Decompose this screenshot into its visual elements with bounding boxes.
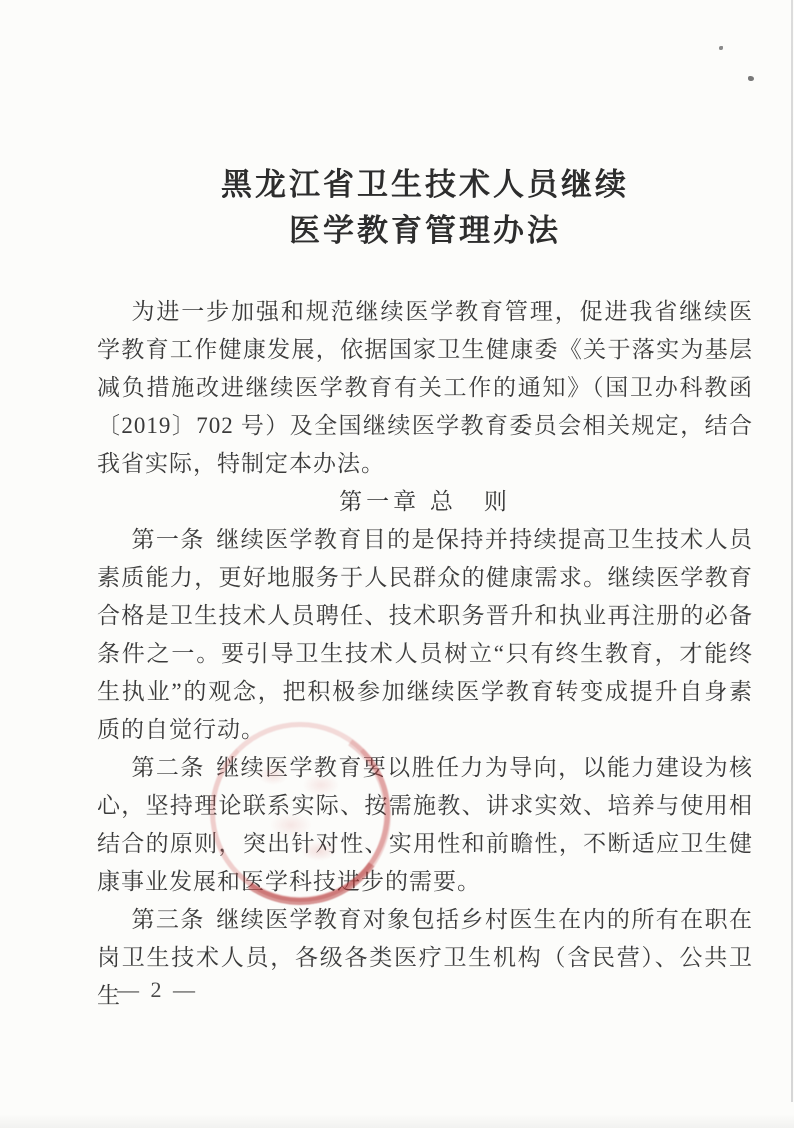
page-number: — 2 — (117, 977, 198, 1003)
article-2-label: 第二条 (132, 755, 205, 780)
article-1-text: 继续医学教育目的是保持并持续提高卫生技术人员素质能力，更好地服务于人民群众的健康… (97, 527, 753, 742)
article-2-paragraph: 第二条继续医学教育要以胜任力为导向，以能力建设为核心，坚持理论联系实际、按需施教… (97, 749, 753, 901)
article-3-label: 第三条 (132, 907, 205, 932)
document-title-line2: 医学教育管理办法 (97, 208, 753, 254)
scan-speck (719, 46, 723, 50)
chapter-heading: 第一章 总 则 (97, 483, 753, 521)
document-title: 黑龙江省卫生技术人员继续 医学教育管理办法 (97, 162, 753, 254)
scan-bottom-shadow (0, 1114, 794, 1128)
article-1-label: 第一条 (132, 527, 205, 552)
article-1-paragraph: 第一条继续医学教育目的是保持并持续提高卫生技术人员素质能力，更好地服务于人民群众… (97, 521, 753, 749)
scan-edge-line (791, 0, 793, 1102)
intro-paragraph: 为进一步加强和规范继续医学教育管理，促进我省继续医学教育工作健康发展，依据国家卫… (97, 293, 753, 483)
document-body: 为进一步加强和规范继续医学教育管理，促进我省继续医学教育工作健康发展，依据国家卫… (97, 293, 753, 1015)
scanned-document-page: 黑龙江省卫生技术人员继续 医学教育管理办法 为进一步加强和规范继续医学教育管理，… (0, 0, 794, 1128)
document-title-line1: 黑龙江省卫生技术人员继续 (97, 162, 753, 208)
scan-speck (748, 76, 754, 81)
